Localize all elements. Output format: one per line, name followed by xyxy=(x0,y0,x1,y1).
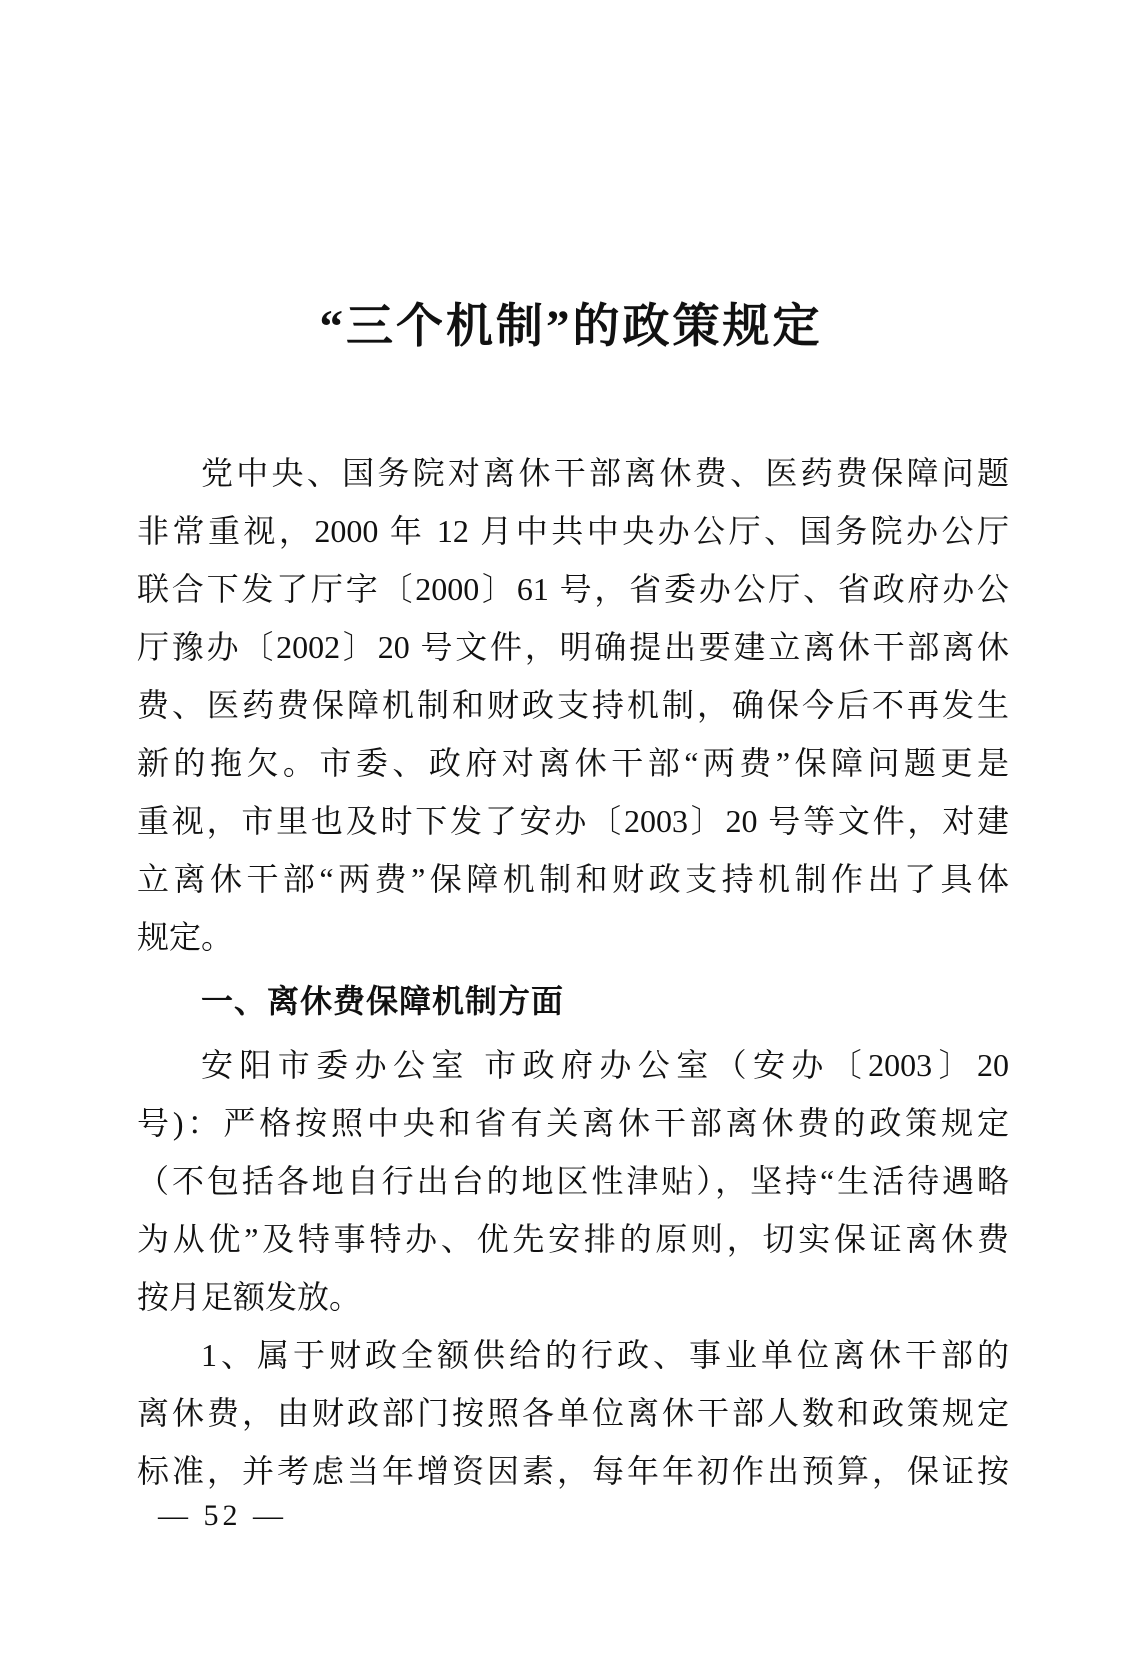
text-line: 联合下发了厅字〔2000〕61 号，省委办公厅、省政府办公 xyxy=(137,560,1009,618)
text-line: 新的拖欠。市委、政府对离休干部“两费”保障问题更是 xyxy=(137,734,1009,792)
text-line: 标准，并考虑当年增资因素，每年年初作出预算，保证按 xyxy=(137,1442,1009,1500)
text-line: 号)：严格按照中央和省有关离休干部离休费的政策规定 xyxy=(137,1094,1009,1152)
section-heading: 一、离休费保障机制方面 xyxy=(137,972,1009,1030)
page-number: — 52 — xyxy=(158,1496,287,1536)
text-line: 1、属于财政全额供给的行政、事业单位离休干部的 xyxy=(137,1326,1009,1384)
text-line: 费、医药费保障机制和财政支持机制，确保今后不再发生 xyxy=(137,676,1009,734)
text-line: 规定。 xyxy=(137,908,1009,966)
text-line: 按月足额发放。 xyxy=(137,1268,1009,1326)
text-line: 非常重视，2000 年 12 月中共中央办公厅、国务院办公厅 xyxy=(137,502,1009,560)
text-line: 离休费，由财政部门按照各单位离休干部人数和政策规定 xyxy=(137,1384,1009,1442)
text-block: 党中央、国务院对离休干部离休费、医药费保障问题非常重视，2000 年 12 月中… xyxy=(137,444,1009,1500)
text-line: 党中央、国务院对离休干部离休费、医药费保障问题 xyxy=(137,444,1009,502)
text-line: 立离休干部“两费”保障机制和财政支持机制作出了具体 xyxy=(137,850,1009,908)
text-line: 安阳市委办公室 市政府办公室（安办〔2003〕20 xyxy=(137,1036,1009,1094)
text-line: 重视，市里也及时下发了安办〔2003〕20 号等文件，对建 xyxy=(137,792,1009,850)
document-title: “三个机制”的政策规定 xyxy=(0,296,1142,358)
text-line: 为从优”及特事特办、优先安排的原则，切实保证离休费 xyxy=(137,1210,1009,1268)
text-line: （不包括各地自行出台的地区性津贴），坚持“生活待遇略 xyxy=(137,1152,1009,1210)
text-line: 厅豫办〔2002〕20 号文件，明确提出要建立离休干部离休 xyxy=(137,618,1009,676)
document-page: “三个机制”的政策规定 党中央、国务院对离休干部离休费、医药费保障问题非常重视，… xyxy=(0,0,1142,1654)
